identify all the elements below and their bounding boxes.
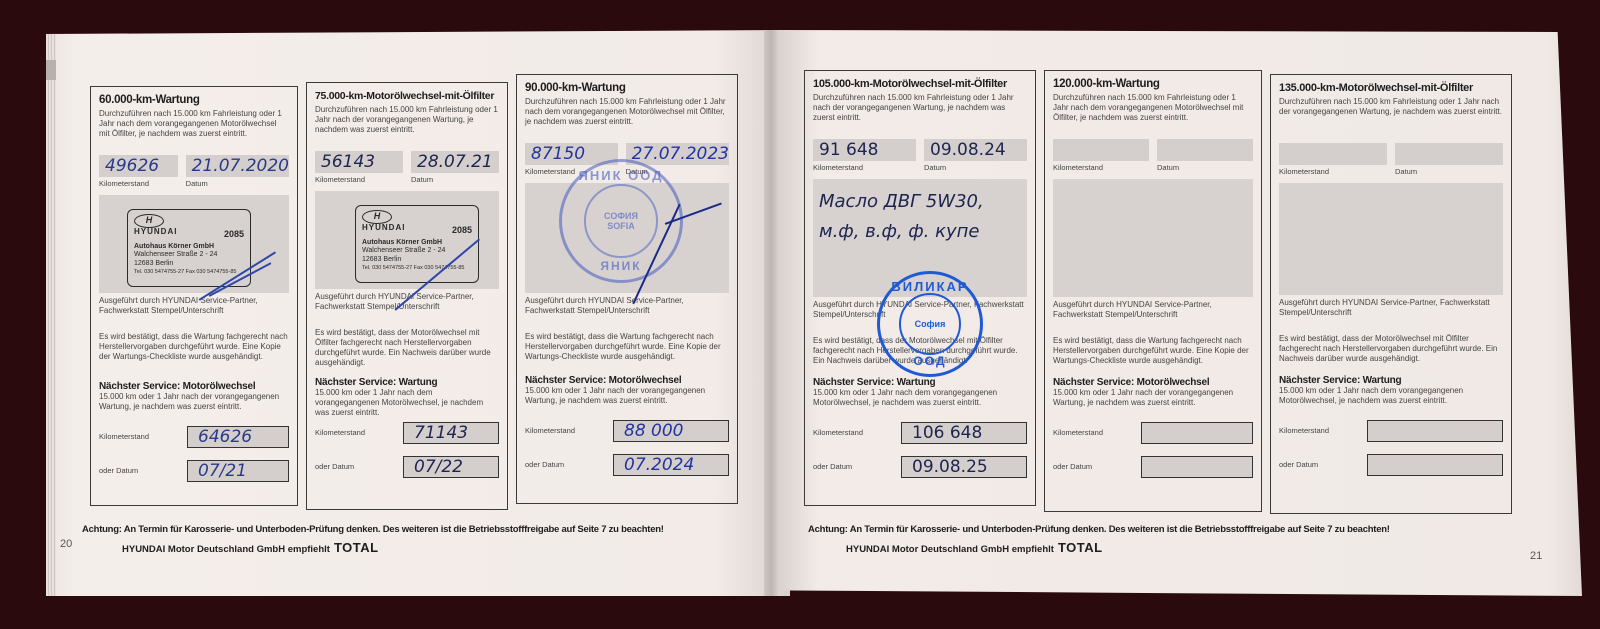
km-field[interactable]: 56143 (315, 151, 403, 173)
page-number-right: 21 (1530, 550, 1542, 562)
date-field[interactable] (1157, 139, 1253, 161)
next-km-field[interactable]: 106 648 (901, 422, 1027, 444)
service-entry-60000: 60.000-km-Wartung Durchzuführen nach 15.… (90, 86, 298, 506)
stamp-area (1053, 179, 1253, 297)
tab-marker (46, 60, 56, 80)
km-field[interactable]: 49626 (99, 155, 178, 177)
date-field[interactable]: 09.08.24 (924, 139, 1027, 161)
hyundai-logo-icon: H (134, 214, 164, 228)
executed-by-label: Ausgeführt durch HYUNDAI Service-Partner… (99, 296, 289, 318)
service-entry-135000: 135.000-km-Motorölwechsel-mit-Ölfilter D… (1270, 74, 1512, 514)
next-date-field[interactable] (1141, 456, 1253, 478)
service-booklet: 60.000-km-Wartung Durchzuführen nach 15.… (46, 30, 1582, 596)
entry-title: 90.000-km-Wartung (525, 83, 729, 93)
next-km-field[interactable]: 88 000 (613, 420, 729, 442)
page-edge (46, 30, 56, 596)
entry-title: 135.000-km-Motorölwechsel-mit-Ölfilter (1279, 83, 1503, 93)
next-date-field[interactable]: 07/21 (187, 460, 289, 482)
entry-title: 75.000-km-Motorölwechsel-mit-Ölfilter (315, 91, 499, 101)
total-logo-icon: TOTAL (1058, 540, 1103, 555)
company-round-stamp: ЯНИК ООД СОФИЯ SOFIA ЯНИК (559, 159, 683, 283)
stamp-area: ЯНИК ООД СОФИЯ SOFIA ЯНИК (525, 183, 729, 293)
booklet-spine (764, 30, 778, 596)
km-field[interactable]: 91 648 (813, 139, 916, 161)
hyundai-logo-icon: H (362, 210, 392, 224)
next-km-field[interactable] (1367, 420, 1503, 442)
stamp-area: H HYUNDAI 2085 Autohaus Körner GmbH Walc… (99, 195, 289, 293)
stamp-area: H HYUNDAI 2085 Autohaus Körner GmbH Walc… (315, 191, 499, 289)
date-field[interactable] (1395, 143, 1503, 165)
handwritten-note: Масло ДВГ 5W30, м.ф, в.ф, ф. купе (819, 187, 984, 247)
service-entry-120000: 120.000-km-Wartung Durchzuführen nach 15… (1044, 70, 1262, 512)
service-entry-105000: 105.000-km-Motorölwechsel-mit-Ölfilter D… (804, 70, 1036, 506)
next-date-field[interactable]: 07.2024 (613, 454, 729, 476)
next-date-field[interactable]: 09.08.25 (901, 456, 1027, 478)
footer-note-left: Achtung: An Termin für Karosserie- und U… (82, 524, 664, 535)
next-km-field[interactable]: 64626 (187, 426, 289, 448)
next-date-field[interactable] (1367, 454, 1503, 476)
footer-brand-left: HYUNDAI Motor Deutschland GmbH empfiehlt… (122, 540, 379, 555)
entry-title: 120.000-km-Wartung (1053, 79, 1253, 89)
next-service-desc: 15.000 km oder 1 Jahr nach der vorangega… (99, 392, 289, 414)
date-label: Datum (186, 179, 289, 189)
confirmation-text: Es wird bestätigt, dass die Wartung fach… (99, 332, 289, 366)
entry-description: Durchzuführen nach 15.000 km Fahrleistun… (99, 109, 289, 155)
entry-title: 105.000-km-Motorölwechsel-mit-Ölfilter (813, 79, 1027, 89)
dealer-stamp: H HYUNDAI 2085 Autohaus Körner GmbH Walc… (355, 205, 479, 283)
footer-note-right: Achtung: An Termin für Karosserie- und U… (808, 524, 1390, 535)
next-km-field[interactable] (1141, 422, 1253, 444)
km-field[interactable] (1053, 139, 1149, 161)
next-service-title: Nächster Service: Motorölwechsel (99, 382, 289, 392)
entry-title: 60.000-km-Wartung (99, 95, 289, 105)
stamp-area: Масло ДВГ 5W30, м.ф, в.ф, ф. купе ВИЛИКА… (813, 179, 1027, 297)
date-field[interactable]: 28.07.21 (411, 151, 499, 173)
dealer-stamp: H HYUNDAI 2085 Autohaus Körner GmbH Walc… (127, 209, 251, 287)
km-field[interactable] (1279, 143, 1387, 165)
date-field[interactable]: 21.07.2020 (186, 155, 289, 177)
km-label: Kilometerstand (99, 179, 178, 189)
service-entry-90000: 90.000-km-Wartung Durchzuführen nach 15.… (516, 74, 738, 504)
next-km-field[interactable]: 71143 (403, 422, 499, 444)
next-date-field[interactable]: 07/22 (403, 456, 499, 478)
company-round-stamp: ВИЛИКАР София ООД (877, 271, 983, 377)
total-logo-icon: TOTAL (334, 540, 379, 555)
footer-brand-right: HYUNDAI Motor Deutschland GmbH empfiehlt… (846, 540, 1103, 555)
stamp-area (1279, 183, 1503, 295)
page-number-left: 20 (60, 538, 72, 550)
service-entry-75000: 75.000-km-Motorölwechsel-mit-Ölfilter Du… (306, 82, 508, 510)
entry-description: Durchzuführen nach 15.000 km Fahrleistun… (315, 105, 499, 151)
